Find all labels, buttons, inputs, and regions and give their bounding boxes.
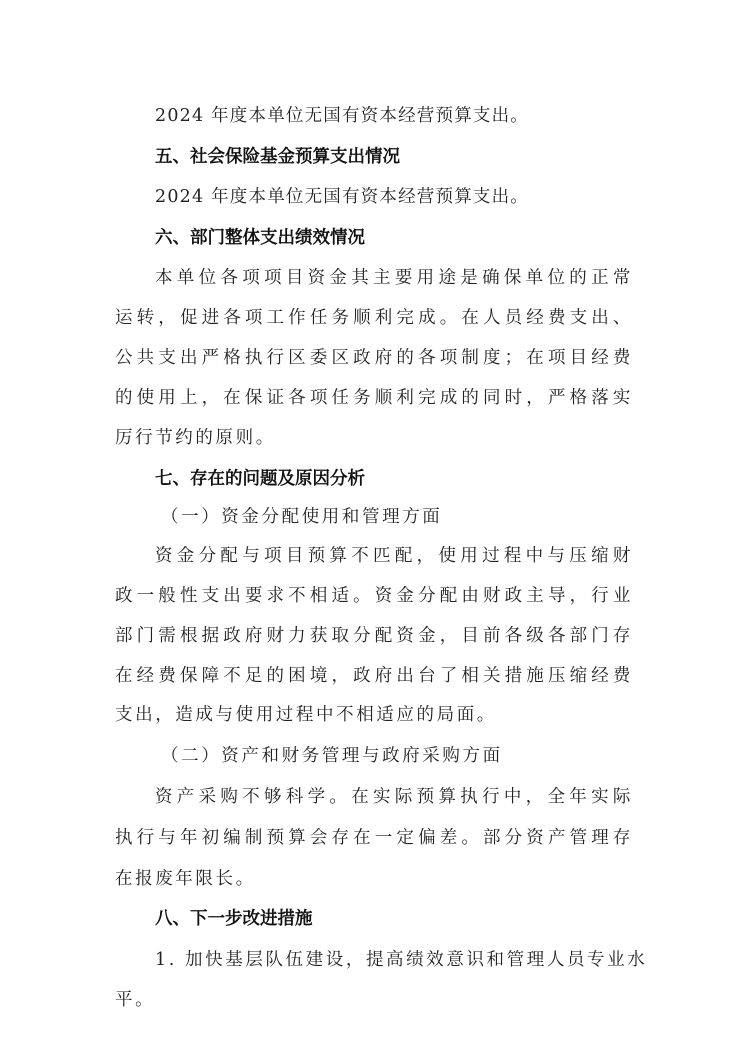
paragraph-line: 1. 加快基层队伍建设，提高绩效意识和管理人员专业水: [155, 948, 633, 972]
section-heading-6: 六、部门整体支出绩效情况: [155, 226, 365, 250]
subsection-heading-2: （二）资产和财务管理与政府采购方面: [161, 744, 503, 768]
paragraph-line: 部门需根据政府财力获取分配资金，目前各级各部门存: [115, 624, 633, 648]
paragraph-line: 运转，促进各项工作任务顺利完成。在人员经费支出、: [115, 306, 633, 330]
paragraph-line: 执行与年初编制预算会存在一定偏差。部分资产管理存: [115, 826, 633, 850]
paragraph-line: 资金分配与项目预算不匹配，使用过程中与压缩财: [155, 544, 633, 568]
paragraph-line: 厉行节约的原则。: [115, 426, 276, 450]
paragraph-line: 资产采购不够科学。在实际预算执行中，全年实际: [155, 785, 633, 809]
paragraph-line: 支出，造成与使用过程中不相适应的局面。: [115, 703, 497, 727]
paragraph-line: 本单位各项项目资金其主要用途是确保单位的正常: [155, 266, 633, 290]
paragraph-line: 2024 年度本单位无国有资本经营预算支出。: [155, 185, 529, 209]
paragraph-line: 平。: [115, 988, 155, 1012]
paragraph-line: 在经费保障不足的困境，政府出台了相关措施压缩经费: [115, 664, 633, 688]
paragraph-line: 政一般性支出要求不相适。资金分配由财政主导，行业: [115, 584, 633, 608]
section-heading-7: 七、存在的问题及原因分析: [155, 467, 365, 491]
paragraph-line: 公共支出严格执行区委区政府的各项制度；在项目经费: [115, 346, 633, 370]
section-heading-8: 八、下一步改进措施: [155, 907, 313, 931]
paragraph-line: 在报废年限长。: [115, 867, 256, 891]
subsection-heading-1: （一）资金分配使用和管理方面: [161, 505, 442, 529]
paragraph-line: 的使用上，在保证各项任务顺利完成的同时，严格落实: [115, 386, 633, 410]
section-heading-5: 五、社会保险基金预算支出情况: [155, 145, 400, 169]
paragraph-line: 2024 年度本单位无国有资本经营预算支出。: [155, 104, 529, 128]
